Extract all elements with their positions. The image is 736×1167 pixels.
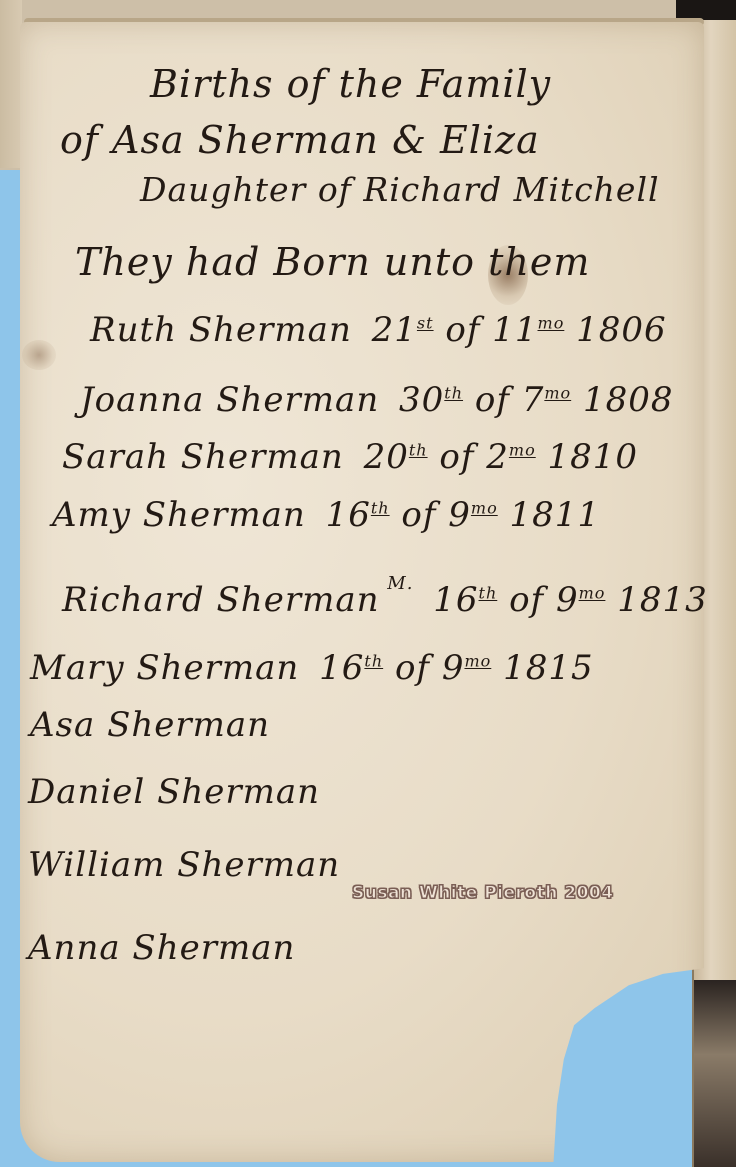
entry-ruth: Ruth Sherman 21st of 11mo 1806 [90,310,667,350]
heading-line-3: Daughter of Richard Mitchell [140,170,660,209]
entry-date: 16th of 9mo 1815 [319,648,593,688]
entry-name: Joanna Sherman [80,380,379,420]
entry-name: Ruth Sherman [90,310,352,350]
entry-name: Asa Sherman [30,705,270,745]
entry-date: 30th of 7mo 1808 [399,380,673,420]
paper-stain [22,340,56,370]
entry-richard: Richard Sherman M. 16th of 9mo 1813 [62,580,708,620]
heading-line-4: They had Born unto them [75,240,590,284]
entry-name: Daniel Sherman [28,772,320,812]
left-page-strip [0,0,22,168]
entry-sarah: Sarah Sherman 20th of 2mo 1810 [62,437,638,477]
copyright-watermark: Susan White Pieroth 2004 [352,883,614,903]
entry-asa: Asa Sherman [30,705,270,745]
entry-date: 21st of 11mo 1806 [372,310,667,350]
entry-amy: Amy Sherman 16th of 9mo 1811 [52,495,600,535]
heading-line-2: of Asa Sherman & Eliza [60,118,540,162]
entry-anna: Anna Sherman [28,928,295,968]
entry-date: 16th of 9mo 1813 [433,580,707,620]
entry-name: William Sherman [28,845,340,885]
entry-date: 20th of 2mo 1810 [364,437,638,477]
entry-date: 16th of 9mo 1811 [326,495,600,535]
entry-joanna: Joanna Sherman 30th of 7mo 1808 [80,380,674,420]
binding-shadow [694,980,736,1167]
middle-initial-insert: M. [387,573,413,594]
heading-line-1: Births of the Family [150,62,551,106]
entry-william: William Sherman [28,845,340,885]
entry-name: Anna Sherman [28,928,295,968]
entry-mary: Mary Sherman 16th of 9mo 1815 [30,648,594,688]
entry-name: Sarah Sherman [62,437,344,477]
entry-daniel: Daniel Sherman [28,772,320,812]
entry-name: Mary Sherman [30,648,299,688]
entry-name: Amy Sherman [52,495,306,535]
entry-name: Richard Sherman [62,580,379,620]
